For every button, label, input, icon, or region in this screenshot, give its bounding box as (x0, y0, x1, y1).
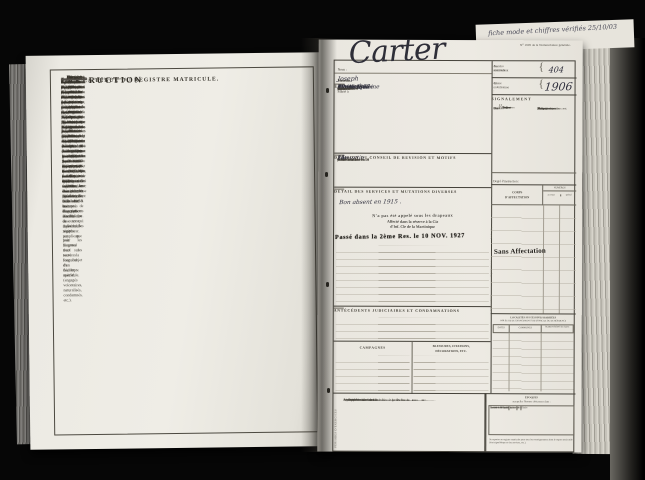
epoques-section: ÉPOQUES auxquelles l'homme doit passer d… (485, 393, 575, 452)
corps-col-line (559, 205, 560, 313)
services-title: DÉTAIL DES SERVICES ET MUTATIONS DIVERSE… (334, 188, 457, 194)
epoques-subtitle: auxquelles l'homme doit passer dans : (486, 400, 576, 403)
corps-rows: Armée active Disponibilité et réserve Ar… (491, 205, 576, 313)
services-entry: Bon absent en 1915 . (339, 199, 402, 206)
campagnes-header: CAMPAGNES (334, 346, 412, 350)
corps-header-cell: CORPS D'AFFECTATION (491, 185, 543, 205)
nom-label: Nom : (338, 68, 347, 72)
corps-group-label: Armée territoriale (491, 281, 493, 311)
corps-group-label: Disponibilité et réserve (491, 243, 493, 277)
matricule-box: Numéro matricule du recrutement : { 404 (492, 61, 577, 78)
signalement-title: SIGNALEMENT (492, 95, 532, 101)
corps-title-2: D'AFFECTATION (491, 195, 543, 199)
degre-label: Degré d'instruction : (493, 179, 519, 183)
instruction-box: INSTRUCTION POUR LA TENUE DU REGISTRE MA… (50, 66, 318, 435)
book-cover-edge-right (610, 38, 645, 480)
localites-rows (492, 333, 573, 391)
printed-label: Marié à (338, 90, 349, 94)
title-rule (334, 189, 344, 190)
classe-value: 1906 (544, 80, 573, 93)
sans-affectation-stamp: Sans Affectation (494, 247, 546, 256)
marques-label-2: particulières : (537, 106, 553, 110)
nom-value-script: Carter (348, 31, 446, 71)
binding-speck (326, 88, 329, 93)
nomenclature-reference: N° 1905 de la Nomenclature générale. (520, 43, 571, 47)
brace-glyph: { (539, 61, 544, 73)
blank-ruled-lines (336, 246, 489, 305)
decision-line: Classé dans la partie de la liste en 19 (334, 154, 340, 162)
periodes-side-label: PÉRIODES D'EXERCICES (334, 398, 337, 448)
epoques-title: ÉPOQUES (486, 396, 576, 399)
scanned-register-spread: INSTRUCTION POUR LA TENUE DU REGISTRE MA… (0, 0, 645, 480)
stamp-line-3: Passé dans la 2ème Res. le 10 NOV. 1927 (335, 232, 491, 241)
antecedents-section: ANTÉCÉDENTS JUDICIAIRES ET CONDAMNATIONS (334, 306, 491, 342)
periodes-section: PÉRIODES D'EXERCICES Réserve…… 1re dans … (333, 393, 485, 453)
prenoms-row: Prénoms : Joseph Surnoms : (335, 73, 492, 84)
blank-ruled-lines (336, 318, 489, 341)
stamp-line-1: N'a pas été appelé sous les drapeaux (334, 212, 491, 218)
left-page: INSTRUCTION POUR LA TENUE DU REGISTRE MA… (26, 52, 327, 450)
signalement-section: SIGNALEMENT Cheveux Yeux Front{ Inclinai… (491, 95, 576, 173)
localites-col-communes: COMMUNES (510, 325, 542, 332)
antecedents-title: ANTÉCÉDENTS JUDICIAIRES ET CONDAMNATIONS (334, 307, 460, 313)
blank-ruled-lines (335, 356, 409, 392)
epoques-note: Se reporter au registre matricule pour t… (489, 438, 573, 445)
localites-title-2: PAR SUITE DE CHANGEMENTS DE DOMICILE OU … (491, 320, 576, 322)
matricule-form: Nom : Carter Prénoms : Joseph Surnoms : … (332, 60, 575, 453)
corps-title-1: CORPS (491, 190, 543, 194)
localites-col-dates: DATES (494, 325, 510, 332)
taille-rect-unit: cent. (562, 106, 568, 110)
epoques-col-4: Date de la libération du service militai… (489, 406, 528, 410)
matricule-value: 404 (548, 65, 564, 74)
marie-line: Marié à (335, 86, 341, 94)
numeros-label: NUMÉROS (543, 186, 576, 191)
degre-section: Degré d'instruction : (491, 173, 576, 185)
blessures-header-2: DÉCORATIONS, ETC. (412, 348, 491, 352)
classe-label-2: de mobilisation : (494, 81, 510, 93)
campagnes-section: CAMPAGNES BLESSURES, CITATIONS, DÉCORATI… (333, 341, 490, 394)
matricule-label-2: du recrutement : (494, 64, 509, 76)
numeros-header-cell: NUMÉROS au corps spécial (543, 185, 576, 205)
corps-col-line (543, 205, 544, 313)
periodes-row: des voies de communication. Du …………… au … (343, 397, 416, 404)
localites-col-line (508, 333, 509, 391)
instruction-paragraph: La classe de recrutement dont chacun fai… (61, 75, 81, 130)
localites-section: LOCALITÉS SUCCESSIVES HABITÉES PAR SUITE… (490, 313, 575, 393)
binding-speck (325, 172, 328, 177)
classe-box: Classe de mobilisation : { 1906 (492, 78, 577, 95)
blank-ruled-lines (413, 356, 488, 392)
epoques-table: la réserve de l'armée active l'armée ter… (488, 405, 574, 435)
numeros-sub-1: au corps (543, 194, 559, 196)
localites-col-line (540, 333, 541, 391)
title-rule (334, 308, 344, 309)
numeros-sub-2: spécial (560, 194, 576, 196)
nez-item: Largeur (502, 106, 510, 109)
decision-section: DÉCISION DU CONSEIL DE REVISION ET MOTIF… (334, 153, 491, 188)
stamp-line-2a: Affecté dans la réserve à la Cie (334, 220, 491, 225)
brace-glyph: { (539, 78, 544, 90)
localites-header-row: DATES COMMUNES SUBDIVISIONS de région (493, 324, 574, 333)
etat-civil-section: ÉTAT CIVIL Né le 2 Mai 1885 , à Lamentin… (334, 83, 491, 154)
binding-speck (326, 282, 329, 287)
binding-speck (327, 388, 330, 393)
right-page: Nom : Carter Prénoms : Joseph Surnoms : … (317, 40, 582, 453)
corps-group-label: Armée active (491, 207, 493, 239)
localites-col-subdiv: SUBDIVISIONS de région (542, 325, 573, 332)
corps-section: CORPS D'AFFECTATION NUMÉROS au corps spé… (491, 185, 576, 313)
services-section: DÉTAIL DES SERVICES ET MUTATIONS DIVERSE… (334, 187, 491, 307)
stamp-line-2b: d'Inf. Cle de la Martinique (334, 225, 491, 230)
printed-label: partie de la liste en 19 (337, 158, 369, 162)
